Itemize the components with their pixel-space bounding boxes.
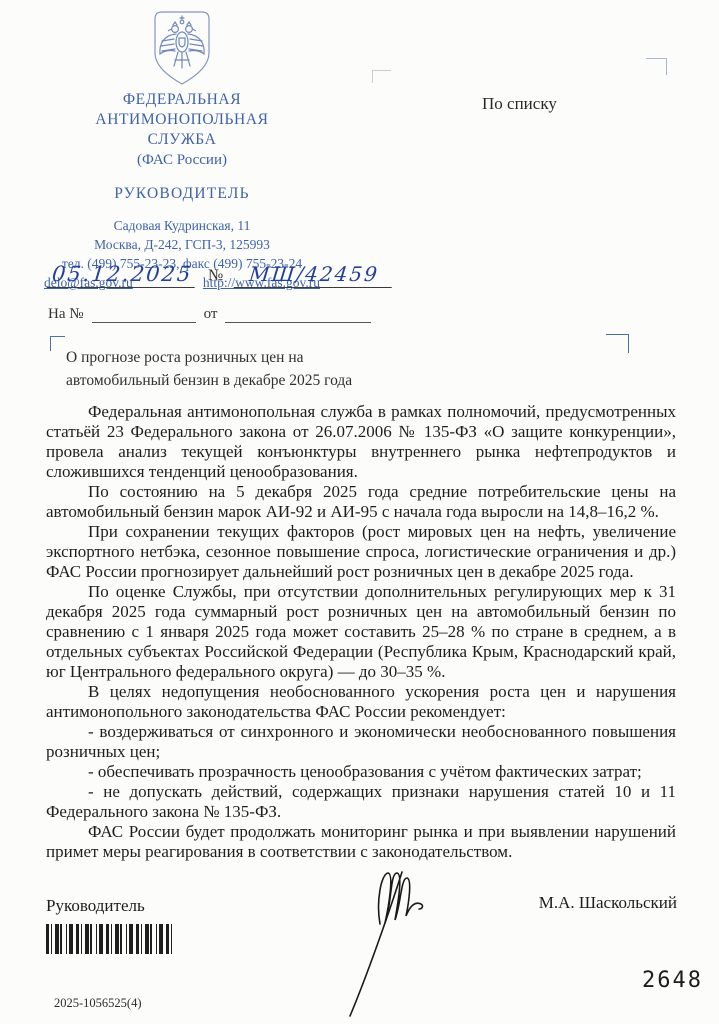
reply-prefix-label: На № <box>48 306 84 323</box>
paragraph: - обеспечивать прозрачность ценообразова… <box>46 762 676 782</box>
org-short-name: (ФАС России) <box>40 152 324 169</box>
reply-number-blank <box>92 306 196 323</box>
coat-of-arms-icon <box>150 8 214 88</box>
scanned-letter-page: ФЕДЕРАЛЬНАЯ АНТИМОНОПОЛЬНАЯ СЛУЖБА (ФАС … <box>0 0 719 1024</box>
org-name: ФЕДЕРАЛЬНАЯ АНТИМОНОПОЛЬНАЯ СЛУЖБА <box>40 90 324 150</box>
signature-icon <box>336 850 456 1020</box>
paragraph: По оценке Службы, при отсутствии дополни… <box>46 582 676 682</box>
letterhead: ФЕДЕРАЛЬНАЯ АНТИМОНОПОЛЬНАЯ СЛУЖБА (ФАС … <box>40 90 324 291</box>
signer-name: М.А. Шаскольский <box>539 893 677 913</box>
address-line-1: Садовая Кудринская, 11 <box>40 217 324 236</box>
reply-date-blank <box>225 306 371 323</box>
signer-position: Руководитель <box>46 896 145 916</box>
outgoing-reference-row: 05.12.2025 № МШ/42459 <box>48 262 393 288</box>
subject-line: О прогнозе роста розничных цен на автомо… <box>66 346 386 393</box>
reply-reference-row: На № от <box>48 306 371 323</box>
letter-body: Федеральная антимонопольная служба в рам… <box>46 402 676 862</box>
corner-mark-subject-right <box>606 334 629 353</box>
outgoing-number-handwritten: МШ/42459 <box>234 262 395 288</box>
corner-mark-subject-left <box>50 336 65 351</box>
paragraph: По состоянию на 5 декабря 2025 года сред… <box>46 482 676 522</box>
address-line-2: Москва, Д-242, ГСП-3, 125993 <box>40 236 324 255</box>
barcode-icon <box>46 924 172 954</box>
paragraph: При сохранении текущих факторов (рост ми… <box>46 522 676 582</box>
paragraph: - воздерживаться от синхронного и эконом… <box>46 722 676 762</box>
reply-from-label: от <box>204 306 218 323</box>
page-stamp-number: 2648 <box>642 968 703 993</box>
corner-mark-addressee <box>372 70 391 83</box>
corner-mark-top-right <box>646 58 667 75</box>
outgoing-date-handwritten: 05.12.2025 <box>47 262 198 288</box>
letterhead-position-title: РУКОВОДИТЕЛЬ <box>40 185 324 203</box>
document-code: 2025-1056525(4) <box>54 996 142 1011</box>
paragraph: В целях недопущения необоснованного уско… <box>46 682 676 722</box>
paragraph: Федеральная антимонопольная служба в рам… <box>46 402 676 482</box>
addressee: По списку <box>482 94 557 114</box>
number-sign: № <box>208 267 223 288</box>
paragraph: - не допускать действий, содержащих приз… <box>46 782 676 822</box>
